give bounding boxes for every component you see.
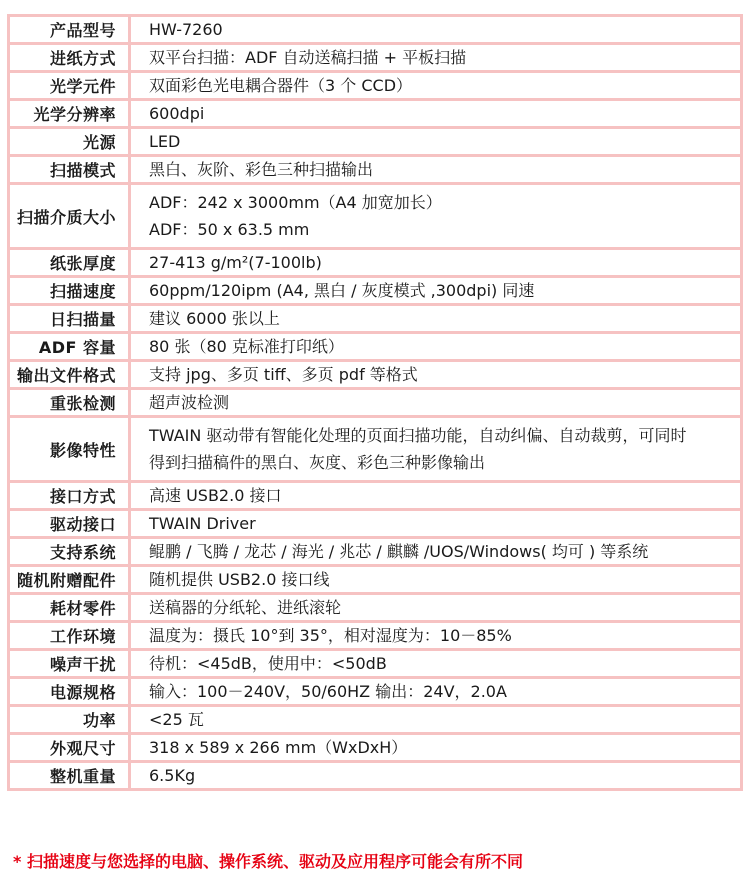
spec-value: 输入：100－240V，50/60HZ 输出：24V，2.0A bbox=[130, 678, 742, 706]
spec-value-line: TWAIN 驱动带有智能化处理的页面扫描功能，自动纠偏、自动裁剪，可同时 bbox=[149, 422, 732, 449]
spec-value: 80 张（80 克标准打印纸） bbox=[130, 333, 742, 361]
table-row: 工作环境温度为：摄氏 10°到 35°，相对湿度为：10－85% bbox=[9, 622, 742, 650]
spec-value-line: <25 瓦 bbox=[149, 707, 732, 732]
spec-label: 耗材零件 bbox=[9, 594, 130, 622]
spec-value: 高速 USB2.0 接口 bbox=[130, 482, 742, 510]
spec-label: 随机附赠配件 bbox=[9, 566, 130, 594]
spec-value-line: 随机提供 USB2.0 接口线 bbox=[149, 567, 732, 592]
spec-label: 影像特性 bbox=[9, 417, 130, 482]
spec-value-line: 60ppm/120ipm (A4, 黑白 / 灰度模式 ,300dpi) 同速 bbox=[149, 278, 732, 303]
spec-label: 外观尺寸 bbox=[9, 734, 130, 762]
spec-value-line: 318 x 589 x 266 mm（WxDxH） bbox=[149, 735, 732, 760]
spec-value-line: 超声波检测 bbox=[149, 390, 732, 415]
spec-label: 输出文件格式 bbox=[9, 361, 130, 389]
spec-value-line: HW-7260 bbox=[149, 17, 732, 42]
spec-value: 27-413 g/m²(7-100lb) bbox=[130, 249, 742, 277]
spec-value: 温度为：摄氏 10°到 35°，相对湿度为：10－85% bbox=[130, 622, 742, 650]
footnote: * 扫描速度与您选择的电脑、操作系统、驱动及应用程序可能会有所不同 bbox=[13, 849, 523, 872]
spec-label: 扫描介质大小 bbox=[9, 184, 130, 249]
table-row: 电源规格输入：100－240V，50/60HZ 输出：24V，2.0A bbox=[9, 678, 742, 706]
spec-value-line: 黑白、灰阶、彩色三种扫描输出 bbox=[149, 157, 732, 182]
spec-value-line: TWAIN Driver bbox=[149, 511, 732, 536]
spec-value-line: 6.5Kg bbox=[149, 763, 732, 788]
spec-value: 随机提供 USB2.0 接口线 bbox=[130, 566, 742, 594]
spec-value-line: 双平台扫描：ADF 自动送稿扫描 + 平板扫描 bbox=[149, 45, 732, 70]
table-row: 扫描模式黑白、灰阶、彩色三种扫描输出 bbox=[9, 156, 742, 184]
spec-label: 进纸方式 bbox=[9, 44, 130, 72]
spec-value-line: 建议 6000 张以上 bbox=[149, 306, 732, 331]
spec-value: 6.5Kg bbox=[130, 762, 742, 790]
table-row: ADF 容量80 张（80 克标准打印纸） bbox=[9, 333, 742, 361]
spec-label: ADF 容量 bbox=[9, 333, 130, 361]
spec-value-line: 80 张（80 克标准打印纸） bbox=[149, 334, 732, 359]
spec-label: 扫描速度 bbox=[9, 277, 130, 305]
table-row: 输出文件格式支持 jpg、多页 tiff、多页 pdf 等格式 bbox=[9, 361, 742, 389]
spec-label: 支持系统 bbox=[9, 538, 130, 566]
spec-value-line: 600dpi bbox=[149, 101, 732, 126]
spec-value: <25 瓦 bbox=[130, 706, 742, 734]
spec-value: TWAIN 驱动带有智能化处理的页面扫描功能，自动纠偏、自动裁剪，可同时得到扫描… bbox=[130, 417, 742, 482]
table-row: 光学分辨率600dpi bbox=[9, 100, 742, 128]
spec-value-line: 双面彩色光电耦合器件（3 个 CCD） bbox=[149, 73, 732, 98]
spec-value: 鲲鹏 / 飞腾 / 龙芯 / 海光 / 兆芯 / 麒麟 /UOS/Windows… bbox=[130, 538, 742, 566]
spec-value: 送稿器的分纸轮、进纸滚轮 bbox=[130, 594, 742, 622]
spec-value-line: 待机：<45dB，使用中：<50dB bbox=[149, 651, 732, 676]
spec-value: 黑白、灰阶、彩色三种扫描输出 bbox=[130, 156, 742, 184]
spec-value: 318 x 589 x 266 mm（WxDxH） bbox=[130, 734, 742, 762]
table-row: 功率<25 瓦 bbox=[9, 706, 742, 734]
spec-value: 超声波检测 bbox=[130, 389, 742, 417]
spec-value: 双面彩色光电耦合器件（3 个 CCD） bbox=[130, 72, 742, 100]
table-row: 接口方式高速 USB2.0 接口 bbox=[9, 482, 742, 510]
spec-label: 功率 bbox=[9, 706, 130, 734]
table-row: 扫描速度60ppm/120ipm (A4, 黑白 / 灰度模式 ,300dpi)… bbox=[9, 277, 742, 305]
spec-value-line: LED bbox=[149, 129, 732, 154]
spec-value-line: 鲲鹏 / 飞腾 / 龙芯 / 海光 / 兆芯 / 麒麟 /UOS/Windows… bbox=[149, 539, 732, 564]
spec-value: 60ppm/120ipm (A4, 黑白 / 灰度模式 ,300dpi) 同速 bbox=[130, 277, 742, 305]
spec-value-line: 高速 USB2.0 接口 bbox=[149, 483, 732, 508]
spec-value: 建议 6000 张以上 bbox=[130, 305, 742, 333]
table-row: 驱动接口TWAIN Driver bbox=[9, 510, 742, 538]
spec-label: 噪声干扰 bbox=[9, 650, 130, 678]
spec-value-line: ADF：50 x 63.5 mm bbox=[149, 216, 732, 243]
spec-label: 整机重量 bbox=[9, 762, 130, 790]
spec-label: 重张检测 bbox=[9, 389, 130, 417]
spec-label: 扫描模式 bbox=[9, 156, 130, 184]
spec-value-line: 送稿器的分纸轮、进纸滚轮 bbox=[149, 595, 732, 620]
spec-value: TWAIN Driver bbox=[130, 510, 742, 538]
spec-table-body: 产品型号HW-7260进纸方式双平台扫描：ADF 自动送稿扫描 + 平板扫描光学… bbox=[9, 16, 742, 790]
table-row: 整机重量6.5Kg bbox=[9, 762, 742, 790]
spec-value: ADF：242 x 3000mm（A4 加宽加长）ADF：50 x 63.5 m… bbox=[130, 184, 742, 249]
spec-value-line: ADF：242 x 3000mm（A4 加宽加长） bbox=[149, 189, 732, 216]
spec-label: 工作环境 bbox=[9, 622, 130, 650]
table-row: 纸张厚度27-413 g/m²(7-100lb) bbox=[9, 249, 742, 277]
table-row: 光学元件双面彩色光电耦合器件（3 个 CCD） bbox=[9, 72, 742, 100]
table-row: 影像特性TWAIN 驱动带有智能化处理的页面扫描功能，自动纠偏、自动裁剪，可同时… bbox=[9, 417, 742, 482]
spec-value-line: 温度为：摄氏 10°到 35°，相对湿度为：10－85% bbox=[149, 623, 732, 648]
table-row: 日扫描量建议 6000 张以上 bbox=[9, 305, 742, 333]
spec-label: 产品型号 bbox=[9, 16, 130, 44]
table-row: 噪声干扰待机：<45dB，使用中：<50dB bbox=[9, 650, 742, 678]
spec-value-line: 输入：100－240V，50/60HZ 输出：24V，2.0A bbox=[149, 679, 732, 704]
spec-value: 支持 jpg、多页 tiff、多页 pdf 等格式 bbox=[130, 361, 742, 389]
table-row: 重张检测超声波检测 bbox=[9, 389, 742, 417]
spec-value-line: 27-413 g/m²(7-100lb) bbox=[149, 250, 732, 275]
spec-label: 光学分辨率 bbox=[9, 100, 130, 128]
spec-label: 光学元件 bbox=[9, 72, 130, 100]
table-row: 扫描介质大小ADF：242 x 3000mm（A4 加宽加长）ADF：50 x … bbox=[9, 184, 742, 249]
spec-value: HW-7260 bbox=[130, 16, 742, 44]
table-row: 支持系统鲲鹏 / 飞腾 / 龙芯 / 海光 / 兆芯 / 麒麟 /UOS/Win… bbox=[9, 538, 742, 566]
table-row: 进纸方式双平台扫描：ADF 自动送稿扫描 + 平板扫描 bbox=[9, 44, 742, 72]
spec-value: 待机：<45dB，使用中：<50dB bbox=[130, 650, 742, 678]
spec-label: 电源规格 bbox=[9, 678, 130, 706]
table-row: 光源LED bbox=[9, 128, 742, 156]
table-row: 随机附赠配件随机提供 USB2.0 接口线 bbox=[9, 566, 742, 594]
spec-label: 纸张厚度 bbox=[9, 249, 130, 277]
spec-label: 光源 bbox=[9, 128, 130, 156]
spec-value-line: 得到扫描稿件的黑白、灰度、彩色三种影像输出 bbox=[149, 449, 732, 476]
table-row: 外观尺寸318 x 589 x 266 mm（WxDxH） bbox=[9, 734, 742, 762]
spec-value-line: 支持 jpg、多页 tiff、多页 pdf 等格式 bbox=[149, 362, 732, 387]
table-row: 耗材零件送稿器的分纸轮、进纸滚轮 bbox=[9, 594, 742, 622]
spec-label: 驱动接口 bbox=[9, 510, 130, 538]
spec-label: 日扫描量 bbox=[9, 305, 130, 333]
spec-value: 600dpi bbox=[130, 100, 742, 128]
table-row: 产品型号HW-7260 bbox=[9, 16, 742, 44]
spec-table: 产品型号HW-7260进纸方式双平台扫描：ADF 自动送稿扫描 + 平板扫描光学… bbox=[7, 14, 743, 791]
spec-value: 双平台扫描：ADF 自动送稿扫描 + 平板扫描 bbox=[130, 44, 742, 72]
spec-value: LED bbox=[130, 128, 742, 156]
spec-label: 接口方式 bbox=[9, 482, 130, 510]
spec-page: 产品型号HW-7260进纸方式双平台扫描：ADF 自动送稿扫描 + 平板扫描光学… bbox=[0, 0, 750, 896]
